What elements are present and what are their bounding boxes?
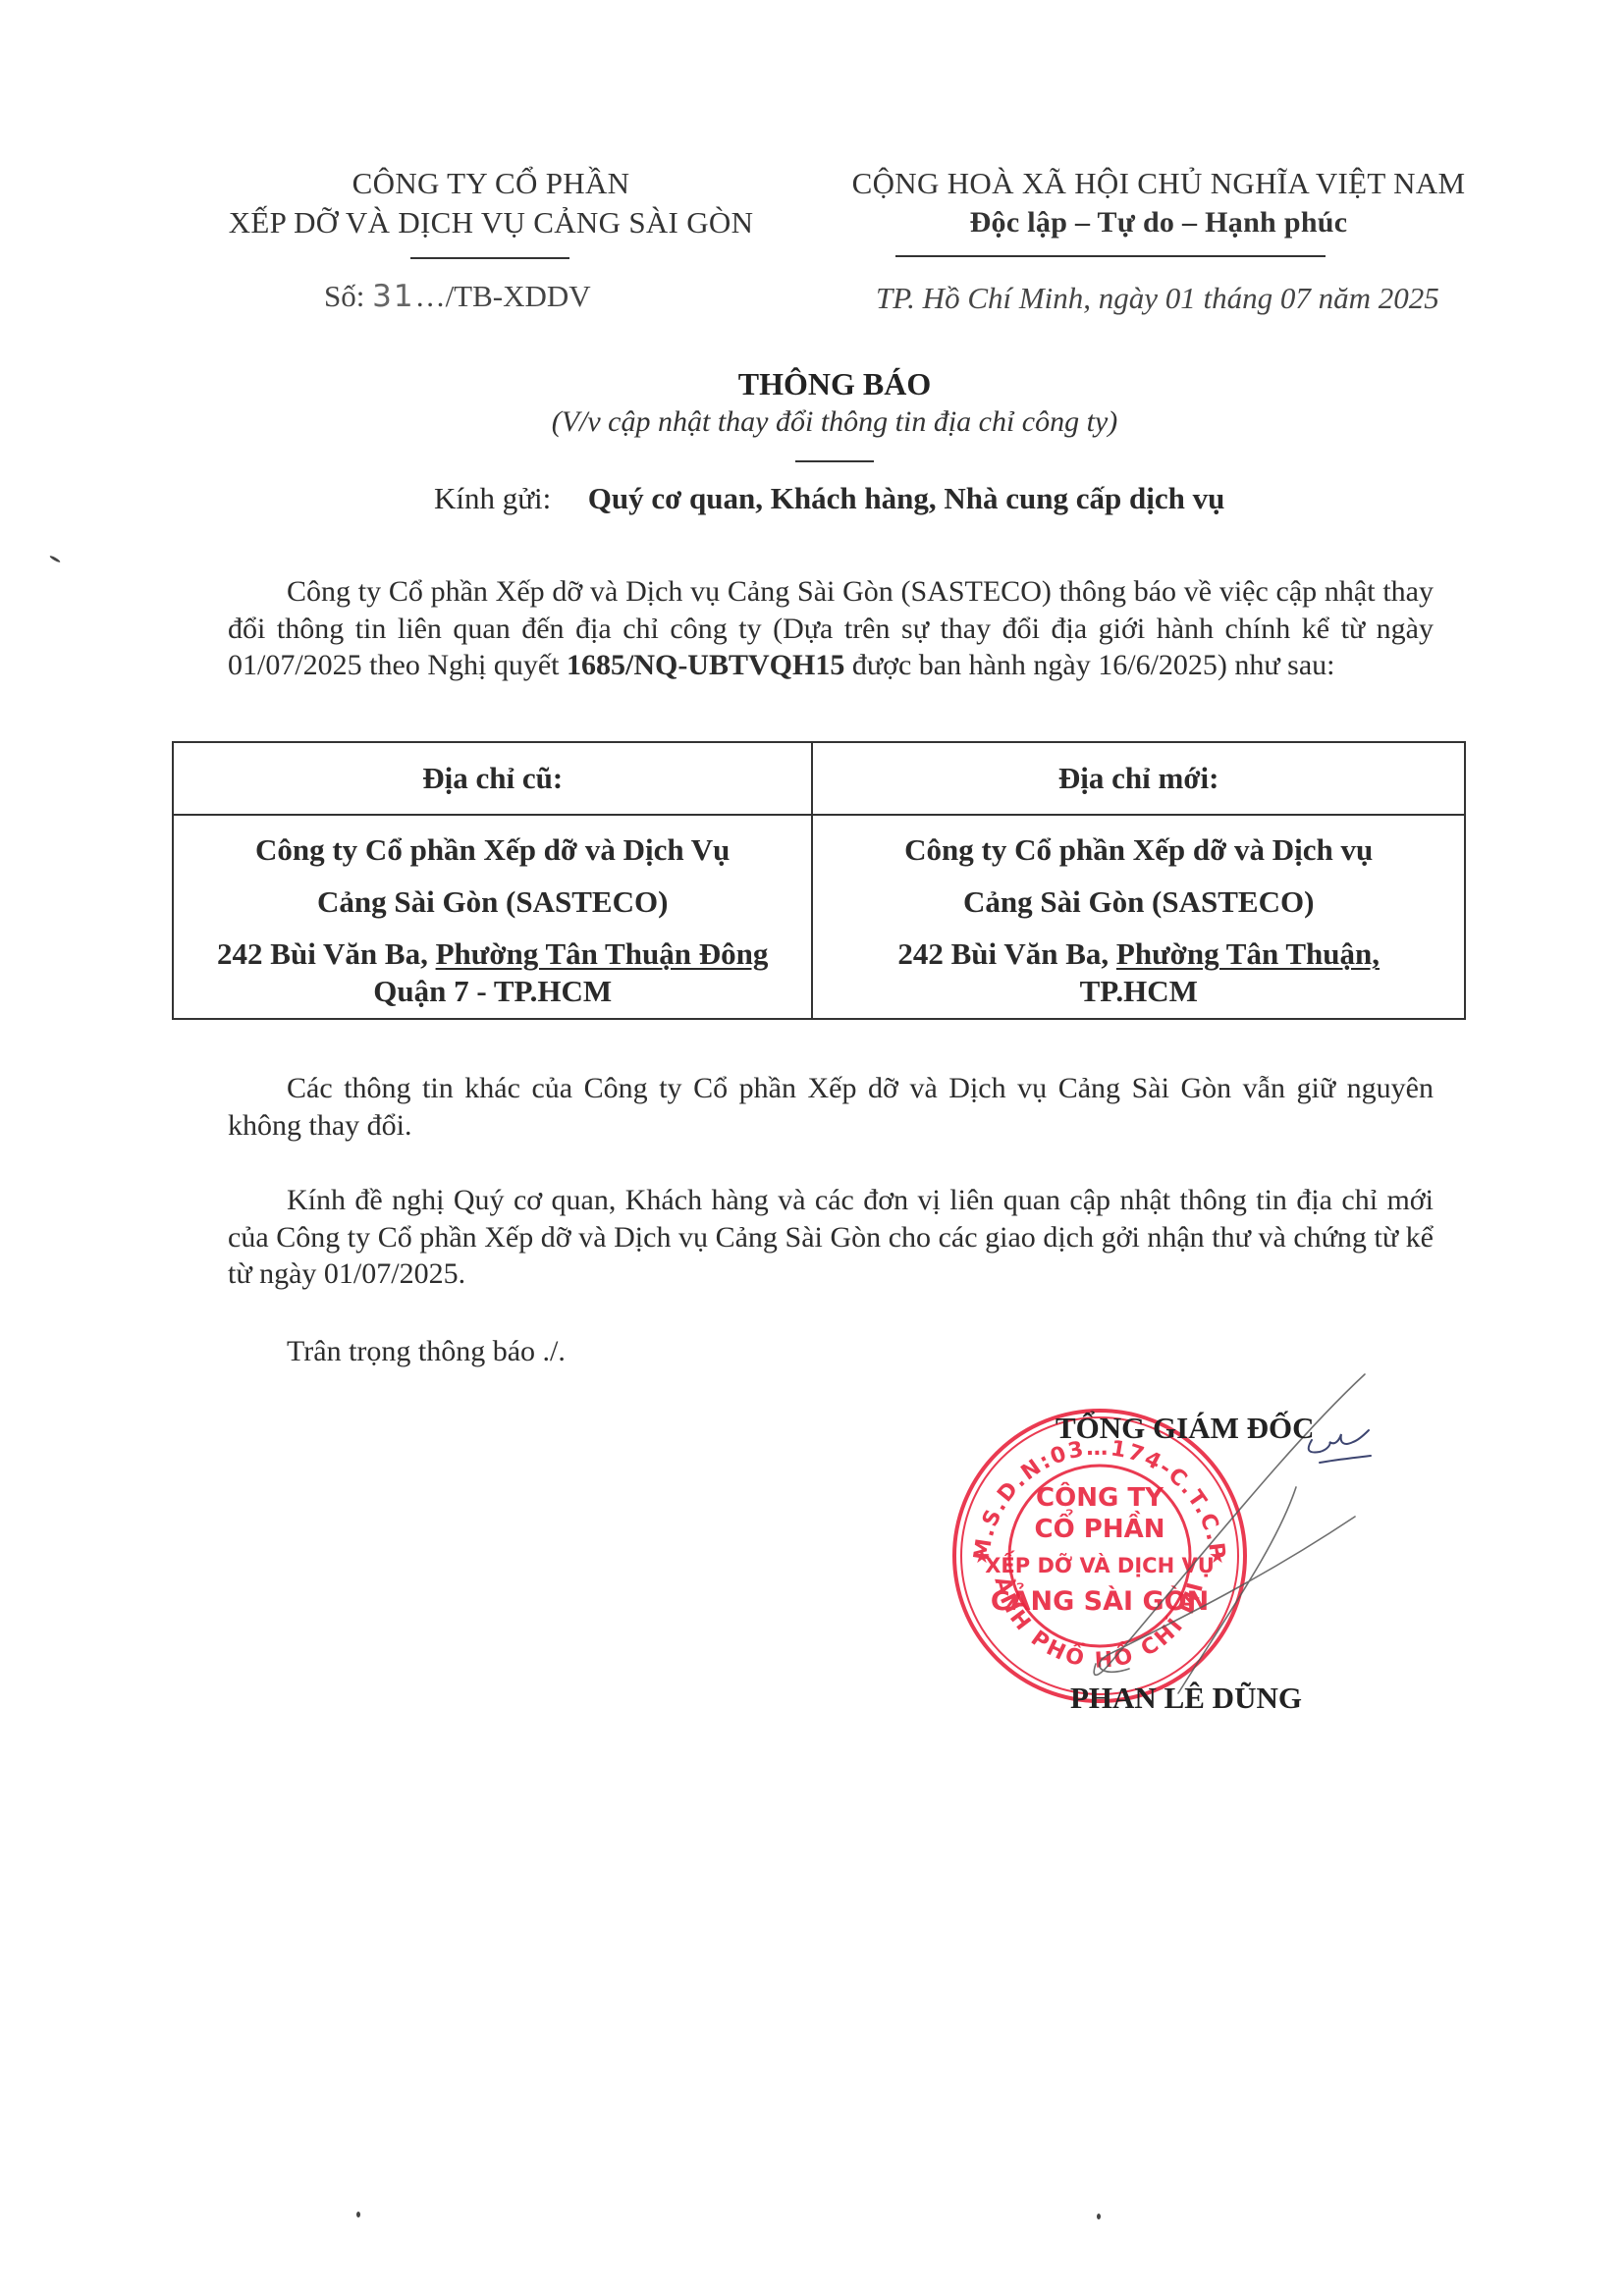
new-street-line: 242 Bùi Văn Ba, Phường Tân Thuận, bbox=[819, 935, 1458, 973]
old-street: 242 Bùi Văn Ba, bbox=[217, 936, 428, 971]
recipient-label: Kính gửi: bbox=[434, 481, 551, 515]
scan-dot bbox=[1097, 2214, 1101, 2219]
new-ward: Phường Tân Thuận, bbox=[1116, 936, 1380, 971]
old-street-line: 242 Bùi Văn Ba, Phường Tân Thuận Đông bbox=[180, 935, 805, 973]
document-number: Số: 31…/TB-XDDV bbox=[324, 279, 591, 314]
old-company-line1: Công ty Cổ phần Xếp dỡ và Dịch Vụ bbox=[180, 824, 805, 876]
table-header-row: Địa chỉ cũ: Địa chỉ mới: bbox=[173, 742, 1465, 815]
recipient-line: Kính gửi: Quý cơ quan, Khách hàng, Nhà c… bbox=[434, 481, 1224, 516]
company-name-line1: CÔNG TY CỔ PHẦN bbox=[177, 164, 805, 203]
new-company-line2: Cảng Sài Gòn (SASTECO) bbox=[819, 876, 1458, 928]
closing-line: Trân trọng thông báo ./. bbox=[287, 1335, 566, 1368]
notice-subtitle: (V/v cập nhật thay đổi thông tin địa chỉ… bbox=[0, 405, 1624, 439]
old-address-header: Địa chỉ cũ: bbox=[173, 742, 812, 815]
old-address-cell: Công ty Cổ phần Xếp dỡ và Dịch Vụ Cảng S… bbox=[173, 815, 812, 1019]
signatory-title: TỔNG GIÁM ĐỐC bbox=[1056, 1411, 1315, 1446]
new-street: 242 Bùi Văn Ba, bbox=[897, 936, 1109, 971]
intro-text-end: được ban hành ngày 16/6/2025) như sau: bbox=[852, 649, 1335, 681]
company-name-header: CÔNG TY CỔ PHẦN XẾP DỠ VÀ DỊCH VỤ CẢNG S… bbox=[177, 164, 805, 242]
old-ward: Phường Tân Thuận Đông bbox=[436, 936, 769, 971]
signatory-name: PHAN LÊ DŨNG bbox=[1070, 1681, 1302, 1716]
request-text: Kính đề nghị Quý cơ quan, Khách hàng và … bbox=[228, 1182, 1434, 1293]
new-company-line1: Công ty Cổ phần Xếp dỡ và Dịch vụ bbox=[819, 824, 1458, 876]
resolution-reference: 1685/NQ-UBTVQH15 bbox=[567, 649, 844, 681]
national-name: CỘNG HOÀ XÃ HỘI CHỦ NGHĨA VIỆT NAM bbox=[800, 164, 1517, 203]
national-motto-underline bbox=[895, 255, 1326, 257]
doc-number-label: Số: bbox=[324, 279, 364, 313]
request-paragraph: Kính đề nghị Quý cơ quan, Khách hàng và … bbox=[228, 1182, 1434, 1293]
notice-title: THÔNG BÁO bbox=[0, 366, 1624, 402]
scan-mark bbox=[49, 555, 61, 563]
new-city: TP.HCM bbox=[819, 973, 1458, 1010]
company-name-line2: XẾP DỠ VÀ DỊCH VỤ CẢNG SÀI GÒN bbox=[177, 203, 805, 242]
national-motto-header: CỘNG HOÀ XÃ HỘI CHỦ NGHĨA VIỆT NAM Độc l… bbox=[800, 164, 1517, 242]
scan-dot bbox=[356, 2212, 360, 2217]
place-date: TP. Hồ Chí Minh, ngày 01 tháng 07 năm 20… bbox=[876, 281, 1439, 316]
recipient-value: Quý cơ quan, Khách hàng, Nhà cung cấp dị… bbox=[588, 481, 1225, 515]
old-city: Quận 7 - TP.HCM bbox=[180, 973, 805, 1010]
unchanged-info-paragraph: Các thông tin khác của Công ty Cổ phần X… bbox=[228, 1070, 1434, 1144]
old-company-line2: Cảng Sài Gòn (SASTECO) bbox=[180, 876, 805, 928]
doc-number-handwritten: 31 bbox=[372, 279, 414, 314]
intro-paragraph: Công ty Cổ phần Xếp dỡ và Dịch vụ Cảng S… bbox=[228, 573, 1434, 684]
table-row: Công ty Cổ phần Xếp dỡ và Dịch Vụ Cảng S… bbox=[173, 815, 1465, 1019]
title-separator bbox=[795, 460, 874, 462]
national-motto: Độc lập – Tự do – Hạnh phúc bbox=[800, 203, 1517, 242]
address-table: Địa chỉ cũ: Địa chỉ mới: Công ty Cổ phần… bbox=[172, 741, 1466, 1020]
new-address-header: Địa chỉ mới: bbox=[812, 742, 1465, 815]
company-name-underline bbox=[410, 257, 569, 259]
doc-number-suffix: …/TB-XDDV bbox=[415, 279, 591, 313]
new-address-cell: Công ty Cổ phần Xếp dỡ và Dịch vụ Cảng S… bbox=[812, 815, 1465, 1019]
unchanged-info-text: Các thông tin khác của Công ty Cổ phần X… bbox=[228, 1070, 1434, 1144]
